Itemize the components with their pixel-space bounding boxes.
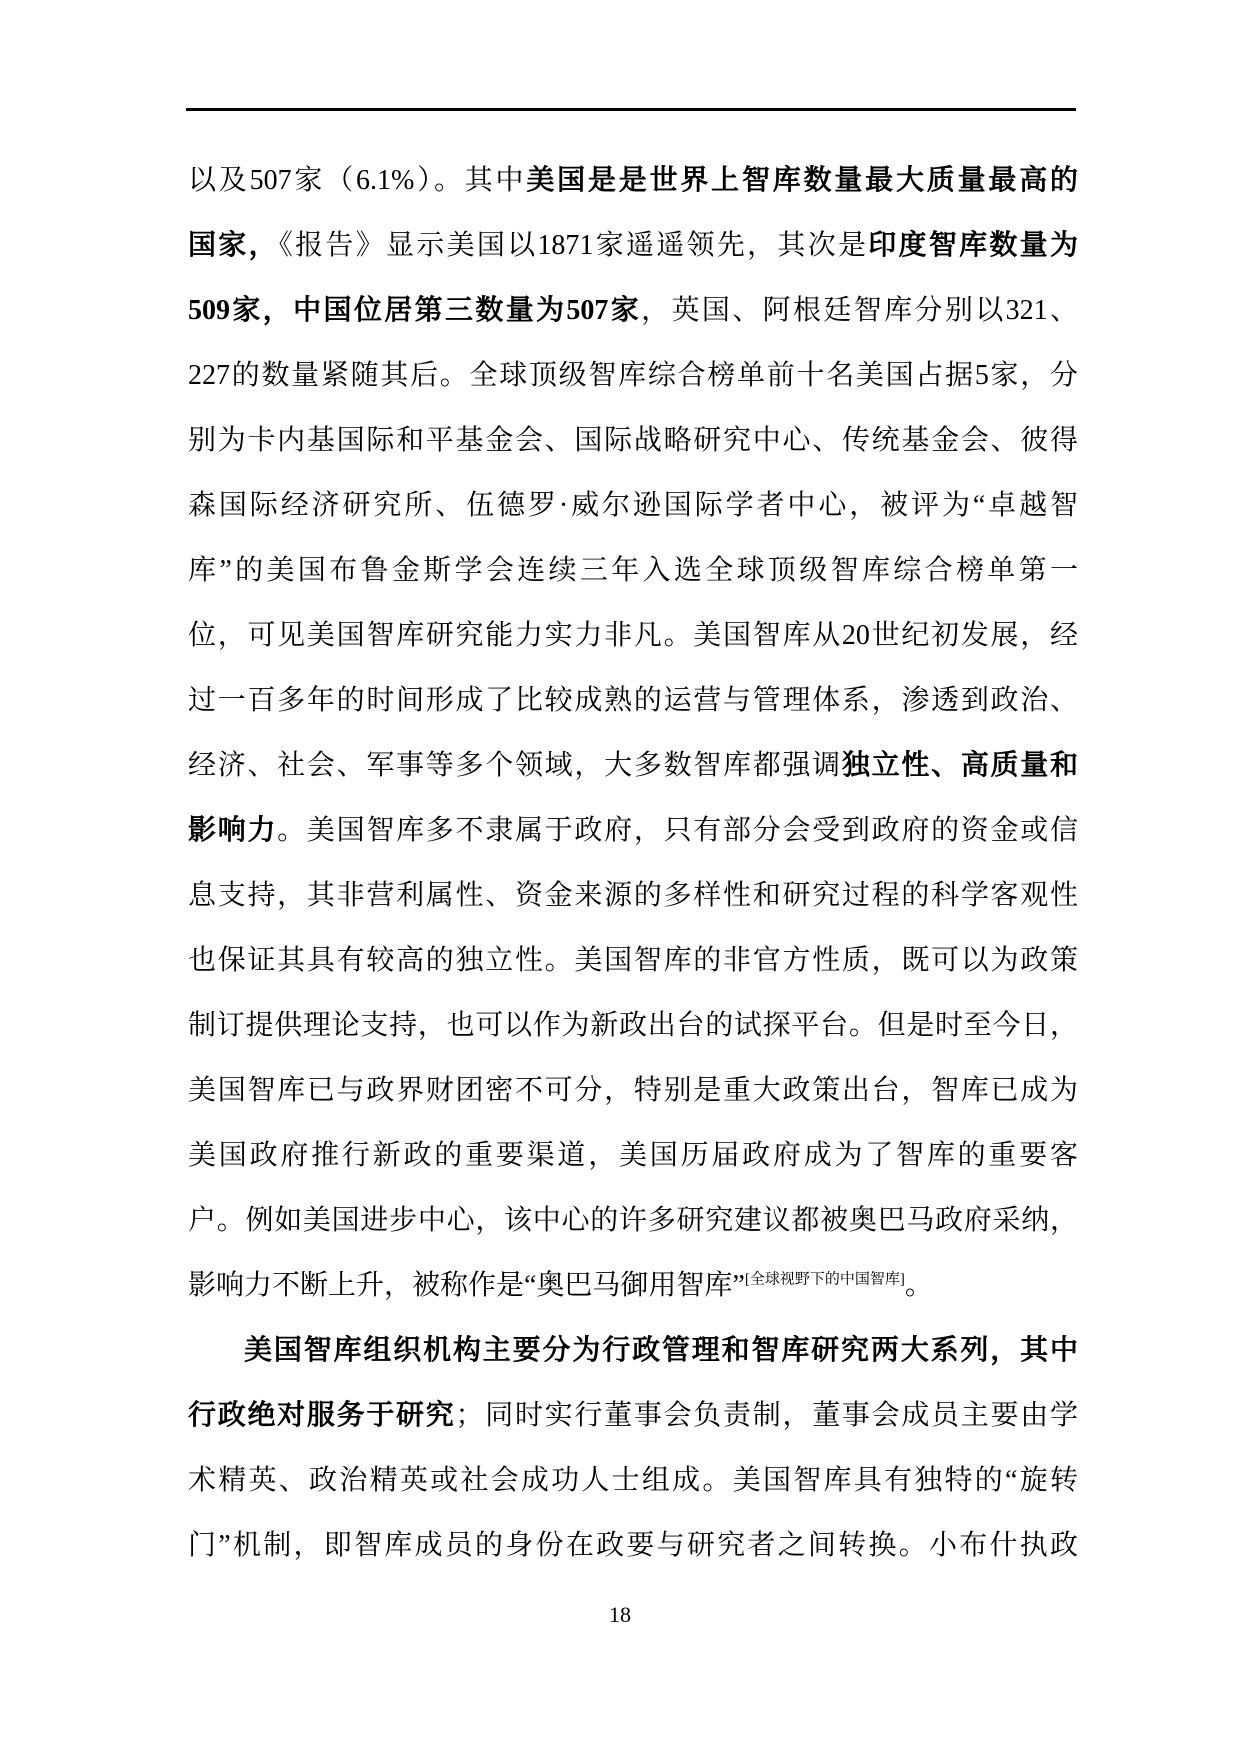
text-segment: ；同时实行董事会负责制，董事会成员主要由学	[456, 1400, 1078, 1431]
document-page: 以及507家（6.1%）。其中美国是是世界上智库数量最大质量最高的国家，《报告》…	[0, 0, 1240, 1753]
text-segment: 森国际经济研究所、伍德罗·威尔逊国际学者中心，被评为“卓越智	[188, 490, 1078, 521]
page-number: 18	[0, 1602, 1240, 1628]
paragraph-line: 门”机制，即智库成员的身份在政要与研究者之间转换。小布什执政	[188, 1513, 1078, 1578]
text-segment: 也保证其具有较高的独立性。美国智库的非官方性质，既可以为政策	[188, 945, 1078, 976]
paragraph-line: 户。例如美国进步中心，该中心的许多研究建议都被奥巴马政府采纳，	[188, 1188, 1078, 1253]
text-segment: 制订提供理论支持，也可以作为新政出台的试探平台。但是时至今日，	[188, 1010, 1078, 1041]
paragraph-line: 行政绝对服务于研究；同时实行董事会负责制，董事会成员主要由学	[188, 1383, 1078, 1448]
text-segment: 影响力	[188, 815, 277, 846]
text-segment: 美国智库已与政界财团密不可分，特别是重大政策出台，智库已成为	[188, 1075, 1078, 1106]
paragraph-line: 以及507家（6.1%）。其中美国是是世界上智库数量最大质量最高的	[188, 148, 1078, 213]
text-segment: 《报告》显示美国以1871家遥遥领先，其次是	[279, 230, 868, 261]
paragraph-line: 过一百多年的时间形成了比较成熟的运营与管理体系，渗透到政治、	[188, 668, 1078, 733]
text-segment: 以及507家（6.1%）。其中	[188, 165, 526, 196]
superscript-citation: [全球视野下的中国智库]	[745, 1272, 905, 1288]
text-segment: 印度智库数量为	[868, 230, 1078, 261]
paragraph-line: 美国智库组织机构主要分为行政管理和智库研究两大系列，其中	[188, 1318, 1078, 1383]
text-segment: 独立性、高质量和	[842, 750, 1078, 781]
text-segment: 美国智库组织机构主要分为行政管理和智库研究两大系列，其中	[244, 1335, 1078, 1366]
text-segment: 别为卡内基国际和平基金会、国际战略研究中心、传统基金会、彼得	[188, 425, 1078, 456]
text-segment: 过一百多年的时间形成了比较成熟的运营与管理体系，渗透到政治、	[188, 685, 1078, 716]
paragraph-line: 影响力。美国智库多不隶属于政府，只有部分会受到政府的资金或信	[188, 798, 1078, 863]
text-segment: 经济、社会、军事等多个领域，大多数智库都强调	[188, 750, 842, 781]
text-segment: 227的数量紧随其后。全球顶级智库综合榜单前十名美国占据5家，分	[188, 360, 1078, 391]
paragraph-line: 影响力不断上升，被称作是“奥巴马御用智库”[全球视野下的中国智库]。	[188, 1253, 1078, 1318]
paragraph-line: 制订提供理论支持，也可以作为新政出台的试探平台。但是时至今日，	[188, 993, 1078, 1058]
paragraph-line: 经济、社会、军事等多个领域，大多数智库都强调独立性、高质量和	[188, 733, 1078, 798]
paragraph-line: 息支持，其非营利属性、资金来源的多样性和研究过程的科学客观性	[188, 863, 1078, 928]
paragraph-line: 也保证其具有较高的独立性。美国智库的非官方性质，既可以为政策	[188, 928, 1078, 993]
text-segment: 美国政府推行新政的重要渠道，美国历届政府成为了智库的重要客	[188, 1140, 1078, 1171]
paragraph-line: 森国际经济研究所、伍德罗·威尔逊国际学者中心，被评为“卓越智	[188, 473, 1078, 538]
paragraph-line: 509家，中国位居第三数量为507家，英国、阿根廷智库分别以321、	[188, 278, 1078, 343]
text-segment: 影响力不断上升，被称作是“奥巴马御用智库”	[188, 1270, 745, 1301]
text-segment: 行政绝对服务于研究	[188, 1400, 456, 1431]
text-segment: 位，可见美国智库研究能力实力非凡。美国智库从20世纪初发展，经	[188, 620, 1078, 651]
paragraph-line: 227的数量紧随其后。全球顶级智库综合榜单前十名美国占据5家，分	[188, 343, 1078, 408]
text-segment: 息支持，其非营利属性、资金来源的多样性和研究过程的科学客观性	[188, 880, 1078, 911]
paragraph-line: 美国政府推行新政的重要渠道，美国历届政府成为了智库的重要客	[188, 1123, 1078, 1188]
body-text: 以及507家（6.1%）。其中美国是是世界上智库数量最大质量最高的国家，《报告》…	[188, 148, 1078, 1578]
paragraph-line: 术精英、政治精英或社会成功人士组成。美国智库具有独特的“旋转	[188, 1448, 1078, 1513]
paragraph-line: 美国智库已与政界财团密不可分，特别是重大政策出台，智库已成为	[188, 1058, 1078, 1123]
page-header-rule	[186, 108, 1076, 111]
text-segment: 国家，	[188, 230, 279, 261]
paragraph-line: 库”的美国布鲁金斯学会连续三年入选全球顶级智库综合榜单第一	[188, 538, 1078, 603]
text-segment: 户。例如美国进步中心，该中心的许多研究建议都被奥巴马政府采纳，	[188, 1205, 1078, 1236]
text-segment: 509家，中国位居第三数量为507家	[188, 295, 641, 326]
text-segment: 。美国智库多不隶属于政府，只有部分会受到政府的资金或信	[277, 815, 1078, 846]
text-segment: ，英国、阿根廷智库分别以321、	[641, 295, 1078, 326]
text-segment: 美国是是世界上智库数量最大质量最高的	[526, 165, 1078, 196]
paragraph-line: 国家，《报告》显示美国以1871家遥遥领先，其次是印度智库数量为	[188, 213, 1078, 278]
text-segment: 术精英、政治精英或社会成功人士组成。美国智库具有独特的“旋转	[188, 1465, 1078, 1496]
text-segment: 门”机制，即智库成员的身份在政要与研究者之间转换。小布什执政	[188, 1530, 1078, 1561]
paragraph-line: 位，可见美国智库研究能力实力非凡。美国智库从20世纪初发展，经	[188, 603, 1078, 668]
text-segment: 。	[905, 1270, 933, 1301]
text-segment: 库”的美国布鲁金斯学会连续三年入选全球顶级智库综合榜单第一	[188, 555, 1078, 586]
paragraph-line: 别为卡内基国际和平基金会、国际战略研究中心、传统基金会、彼得	[188, 408, 1078, 473]
